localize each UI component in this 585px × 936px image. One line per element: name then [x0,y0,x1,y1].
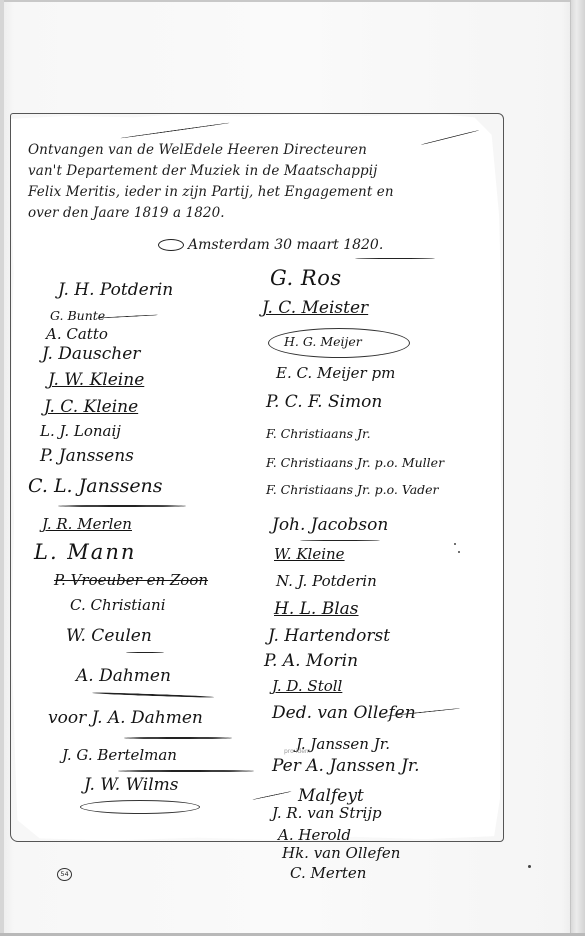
signature-left-18-flourish [80,800,200,814]
signature-right-14: P. A. Morin [264,653,358,670]
signature-left-16: voor J. A. Dahmen [48,710,203,727]
signature-left-6: J. C. Kleine [44,399,138,416]
signature-right-18: Per A. Janssen Jr. [272,758,420,775]
signature-left-3: A. Catto [46,327,108,342]
signature-left-4: J. Dauscher [42,346,140,363]
signature-left-18: J. W. Wilms [84,777,179,794]
signature-left-9: C. L. Janssens [28,477,163,496]
header-line-4: over den Jaare 1819 a 1820. [28,203,498,224]
header-line-2: van't Departement der Muziek in de Maats… [28,161,498,182]
signature-right-20: J. R. van Strijp [272,806,382,821]
signature-right-15: J. D. Stoll [272,679,342,694]
signature-right-22: Hk. van Ollefen [282,846,400,861]
ink-speck [458,551,460,553]
signature-left-2: G. Bunte [50,310,105,323]
signature-left-1: J. H. Potderin [58,282,173,299]
signature-left-5: J. W. Kleine [48,372,144,389]
signature-left-11: L. Mann [34,542,136,563]
signature-left-17-flourish [118,770,254,772]
scan-border-top [0,0,585,2]
dateline-text: Amsterdam 30 maart 1820. [188,237,383,253]
signature-right-10: W. Kleine [274,547,345,562]
signature-left-10: J. R. Merlen [42,517,132,532]
signature-right-21: A. Herold [278,828,351,843]
signature-right-12: H. L. Blas [274,601,359,618]
signature-right-19: Malfeyt [298,788,364,805]
signature-right-16: Ded. van Ollefen [272,705,416,722]
signature-left-12: P. Vroeuber en Zoon [54,573,208,588]
document-header: Ontvangen van de WelEdele Heeren Directe… [28,140,498,224]
signature-left-8: P. Janssens [40,448,134,465]
page-number-stamp: 54 [57,868,72,881]
signature-right-9-underline [300,540,380,541]
signature-left-17: J. G. Bertelman [62,748,177,763]
signature-right-6: F. Christiaans Jr. [266,428,371,441]
signature-right-2: J. C. Meister [262,300,368,317]
signature-left-7: L. J. Lonaij [40,424,121,439]
signature-left-16-flourish [124,737,232,739]
ink-speck [454,543,456,545]
signature-right-11: N. J. Potderin [276,574,377,589]
signature-right-13: J. Hartendorst [268,628,390,645]
scan-border-left [0,0,4,936]
dateline-underline [355,258,435,259]
signature-right-9: Joh. Jacobson [272,517,388,534]
pencil-annotation: pro idem [284,748,311,755]
signature-right-4: E. C. Meijer pm [276,366,395,381]
signature-left-15: A. Dahmen [76,668,171,685]
signature-right-7: F. Christiaans Jr. p.o. Muller [266,457,444,470]
signature-left-9-underline [58,505,186,507]
signature-right-3: H. G. Meijer [284,336,362,349]
signature-left-14-underline [126,652,164,653]
dateline-flourish-icon [158,239,184,251]
header-line-3: Felix Meritis, ieder in zijn Partij, het… [28,182,498,203]
ink-speck [528,865,531,868]
signature-right-8: F. Christiaans Jr. p.o. Vader [266,484,439,497]
signature-left-13: C. Christiani [70,598,166,613]
dateline: Amsterdam 30 maart 1820. [158,237,383,253]
signature-right-1: G. Ros [270,268,342,289]
signature-right-23: C. Merten [290,866,366,881]
signature-left-14: W. Ceulen [66,628,152,645]
scan-border-right [570,0,585,936]
signature-right-5: P. C. F. Simon [266,394,382,411]
